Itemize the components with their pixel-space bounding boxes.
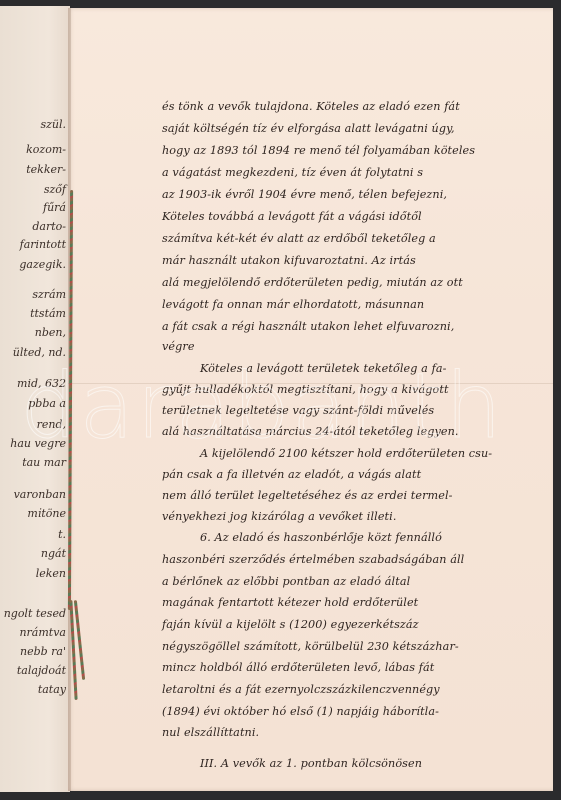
- left-page-text-fragment: ttstám: [30, 307, 66, 320]
- handwritten-line: területnek legeltetése vagy szánt-földi …: [162, 404, 434, 417]
- left-page-text-fragment: nben,: [35, 326, 66, 339]
- left-page-text-fragment: tatay: [38, 683, 66, 696]
- handwritten-line: hogy az 1893 tól 1894 re menő tél folyam…: [162, 144, 475, 157]
- handwritten-line: faján kívül a kijelölt s (1200) egyezerk…: [162, 618, 419, 631]
- handwritten-line: pán csak a fa illetvén az eladót, a vágá…: [162, 468, 421, 481]
- left-page-text-fragment: varonban: [14, 488, 66, 501]
- handwritten-line: Köteles továbbá a levágott fát a vágási …: [162, 210, 422, 223]
- left-facing-page: szül.kozom-tekker-szőffűrádarto-farintot…: [0, 6, 70, 792]
- left-page-text-fragment: mid, 632: [17, 377, 66, 390]
- left-page-text-fragment: darto-: [32, 220, 66, 233]
- handwritten-line: nem álló terület legeltetéséhez és az er…: [162, 489, 453, 502]
- handwritten-line: alá megjelölendő erdőterületen pedig, mi…: [162, 276, 463, 289]
- handwritten-line: a bérlőnek az előbbi pontban az eladó ál…: [162, 575, 410, 588]
- handwritten-line: és tönk a vevők tulajdona. Köteles az el…: [162, 100, 460, 113]
- handwritten-line: számítva két-két év alatt az erdőből tek…: [162, 232, 436, 245]
- handwritten-line: Köteles a levágott területek teketőleg a…: [200, 362, 446, 375]
- left-page-text-fragment: pbba a: [28, 397, 66, 410]
- left-page-text-fragment: szül.: [40, 118, 66, 131]
- handwritten-line: vényekhezi jog kizárólag a vevőket illet…: [162, 510, 396, 523]
- left-page-text-fragment: kozom-: [26, 143, 66, 156]
- left-page-text-fragment: farintott: [20, 238, 66, 251]
- handwritten-line: mincz holdból álló erdőterületen levő, l…: [162, 661, 434, 674]
- left-page-text-fragment: gazegik.: [19, 258, 66, 271]
- left-page-text-fragment: szőf: [44, 183, 66, 196]
- handwritten-line: már használt utakon kifuvaroztatni. Az i…: [162, 254, 416, 267]
- handwritten-line: végre: [162, 340, 195, 353]
- left-page-text-fragment: talajdoát: [17, 664, 66, 677]
- handwritten-line: gyűjt hulladékoktól megtisztítani, hogy …: [162, 383, 449, 396]
- left-page-text-fragment: t.: [58, 528, 66, 541]
- handwritten-line: az 1903-ik évről 1904 évre menő, télen b…: [162, 188, 447, 201]
- handwritten-line: a vágatást megkezdeni, tíz éven át folyt…: [162, 166, 423, 179]
- handwritten-line: III. A vevők az 1. pontban kölcsönösen: [200, 757, 422, 770]
- left-page-text-fragment: mi̇töne: [27, 507, 66, 520]
- handwritten-line: a fát csak a régi használt utakon lehet …: [162, 320, 454, 333]
- left-page-text-fragment: hau vegre: [10, 437, 66, 450]
- left-page-text-fragment: fűrá: [43, 201, 66, 214]
- left-page-text-fragment: nrámtva: [19, 626, 66, 639]
- left-page-text-fragment: szrám: [32, 288, 66, 301]
- handwritten-line: nul elszállíttatni.: [162, 726, 259, 739]
- left-page-text-fragment: rend,: [37, 418, 66, 431]
- handwritten-line: négyszögöllel számított, körülbelül 230 …: [162, 640, 459, 653]
- handwritten-line: (1894) évi október hó első (1) napjáig h…: [162, 705, 439, 718]
- handwritten-line: letaroltni és a fát ezernyolczszázkilenc…: [162, 683, 440, 696]
- left-page-text-fragment: tau mar: [22, 456, 66, 469]
- left-page-text-fragment: tekker-: [26, 163, 66, 176]
- handwritten-line: A kijelölendő 2100 kétszer hold erdőterü…: [200, 447, 492, 460]
- left-page-text-fragment: ngolt tesed: [4, 607, 66, 620]
- handwritten-line: magának fentartott kétezer hold erdőterü…: [162, 596, 418, 609]
- left-page-text-fragment: ülted, nd.: [13, 346, 66, 359]
- left-page-text-fragment: leken: [36, 567, 66, 580]
- handwritten-line: haszonbéri szerződés értelmében szabadsá…: [162, 553, 464, 566]
- handwritten-line: saját költségén tíz év elforgása alatt l…: [162, 122, 455, 135]
- left-page-text-fragment: ngát: [41, 547, 66, 560]
- handwritten-line: alá használtatása március 24-ától tekető…: [162, 425, 459, 438]
- handwritten-line: 6. Az eladó és haszonbérlője közt fennál…: [200, 531, 442, 544]
- left-page-text-fragment: nebb ra': [20, 645, 66, 658]
- handwritten-line: levágott fa onnan már elhordatott, másun…: [162, 298, 424, 311]
